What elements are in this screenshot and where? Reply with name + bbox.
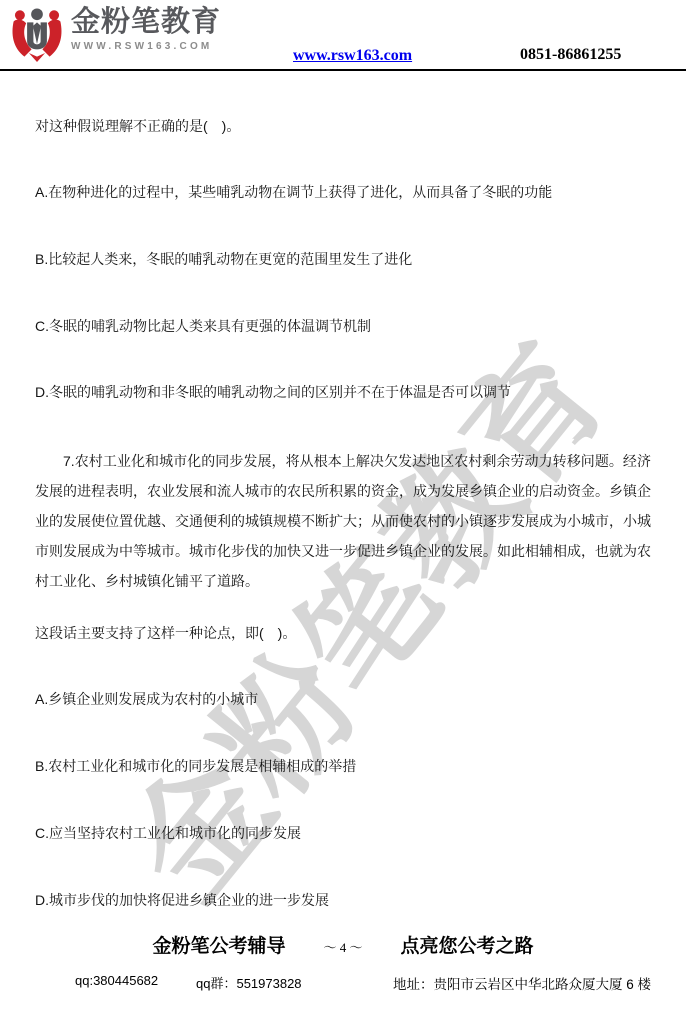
question6-option-c: C.冬眠的哺乳动物比起人类来具有更强的体温调节机制 bbox=[35, 317, 651, 336]
footer-brand-left: 金粉笔公考辅导 bbox=[152, 931, 285, 958]
brand-logo-text: 金粉笔教育 WWW.RSW163.COM bbox=[71, 6, 221, 52]
footer-brand-line: 金粉笔公考辅导 ～ 4 ～ 点亮您公考之路 bbox=[0, 931, 686, 958]
footer-address: 地址：贵阳市云岩区中华北路众厦大厦 6 楼 bbox=[393, 973, 651, 993]
footer-brand-right: 点亮您公考之路 bbox=[401, 931, 534, 958]
brand-logo-icon bbox=[10, 6, 64, 64]
question6-stem: 对这种假说理解不正确的是( )。 bbox=[35, 117, 651, 136]
brand-logo: 金粉笔教育 WWW.RSW163.COM bbox=[10, 6, 221, 64]
phone-number: 0851-86861255 bbox=[520, 46, 621, 64]
header-divider bbox=[0, 69, 686, 71]
website-link[interactable]: www.rsw163.com bbox=[293, 47, 412, 65]
footer-qq-group: qq群：551973828 bbox=[196, 973, 302, 992]
brand-name: 金粉笔教育 bbox=[71, 6, 221, 39]
footer-contact-line: qq:380445682 qq群：551973828 地址：贵阳市云岩区中华北路… bbox=[0, 973, 686, 993]
question6-option-d: D.冬眠的哺乳动物和非冬眠的哺乳动物之间的区别并不在于体温是否可以调节 bbox=[35, 383, 651, 402]
question7-option-b: B.农村工业化和城市化的同步发展是相辅相成的举措 bbox=[35, 757, 651, 776]
question7-option-c: C.应当坚持农村工业化和城市化的同步发展 bbox=[35, 824, 651, 843]
question7-stem: 这段话主要支持了这样一种论点，即( )。 bbox=[35, 624, 651, 643]
question6-option-a: A.在物种进化的过程中，某些哺乳动物在调节上获得了进化，从而具备了冬眠的功能 bbox=[35, 183, 651, 202]
footer-qq: qq:380445682 bbox=[75, 973, 158, 988]
brand-domain-caption: WWW.RSW163.COM bbox=[71, 41, 221, 52]
document-page: 金粉笔教育 WWW.RSW163.COM www.rsw163.com 0851… bbox=[0, 0, 686, 1009]
page-number: ～ 4 ～ bbox=[323, 937, 362, 956]
question7-option-a: A.乡镇企业则发展成为农村的小城市 bbox=[35, 690, 651, 709]
question6-option-b: B.比较起人类来，冬眠的哺乳动物在更宽的范围里发生了进化 bbox=[35, 250, 651, 269]
question7-option-d: D.城市步伐的加快将促进乡镇企业的进一步发展 bbox=[35, 891, 651, 910]
question7-passage: 7.农村工业化和城市化的同步发展，将从根本上解决欠发达地区农村剩余劳动力转移问题… bbox=[35, 446, 651, 596]
